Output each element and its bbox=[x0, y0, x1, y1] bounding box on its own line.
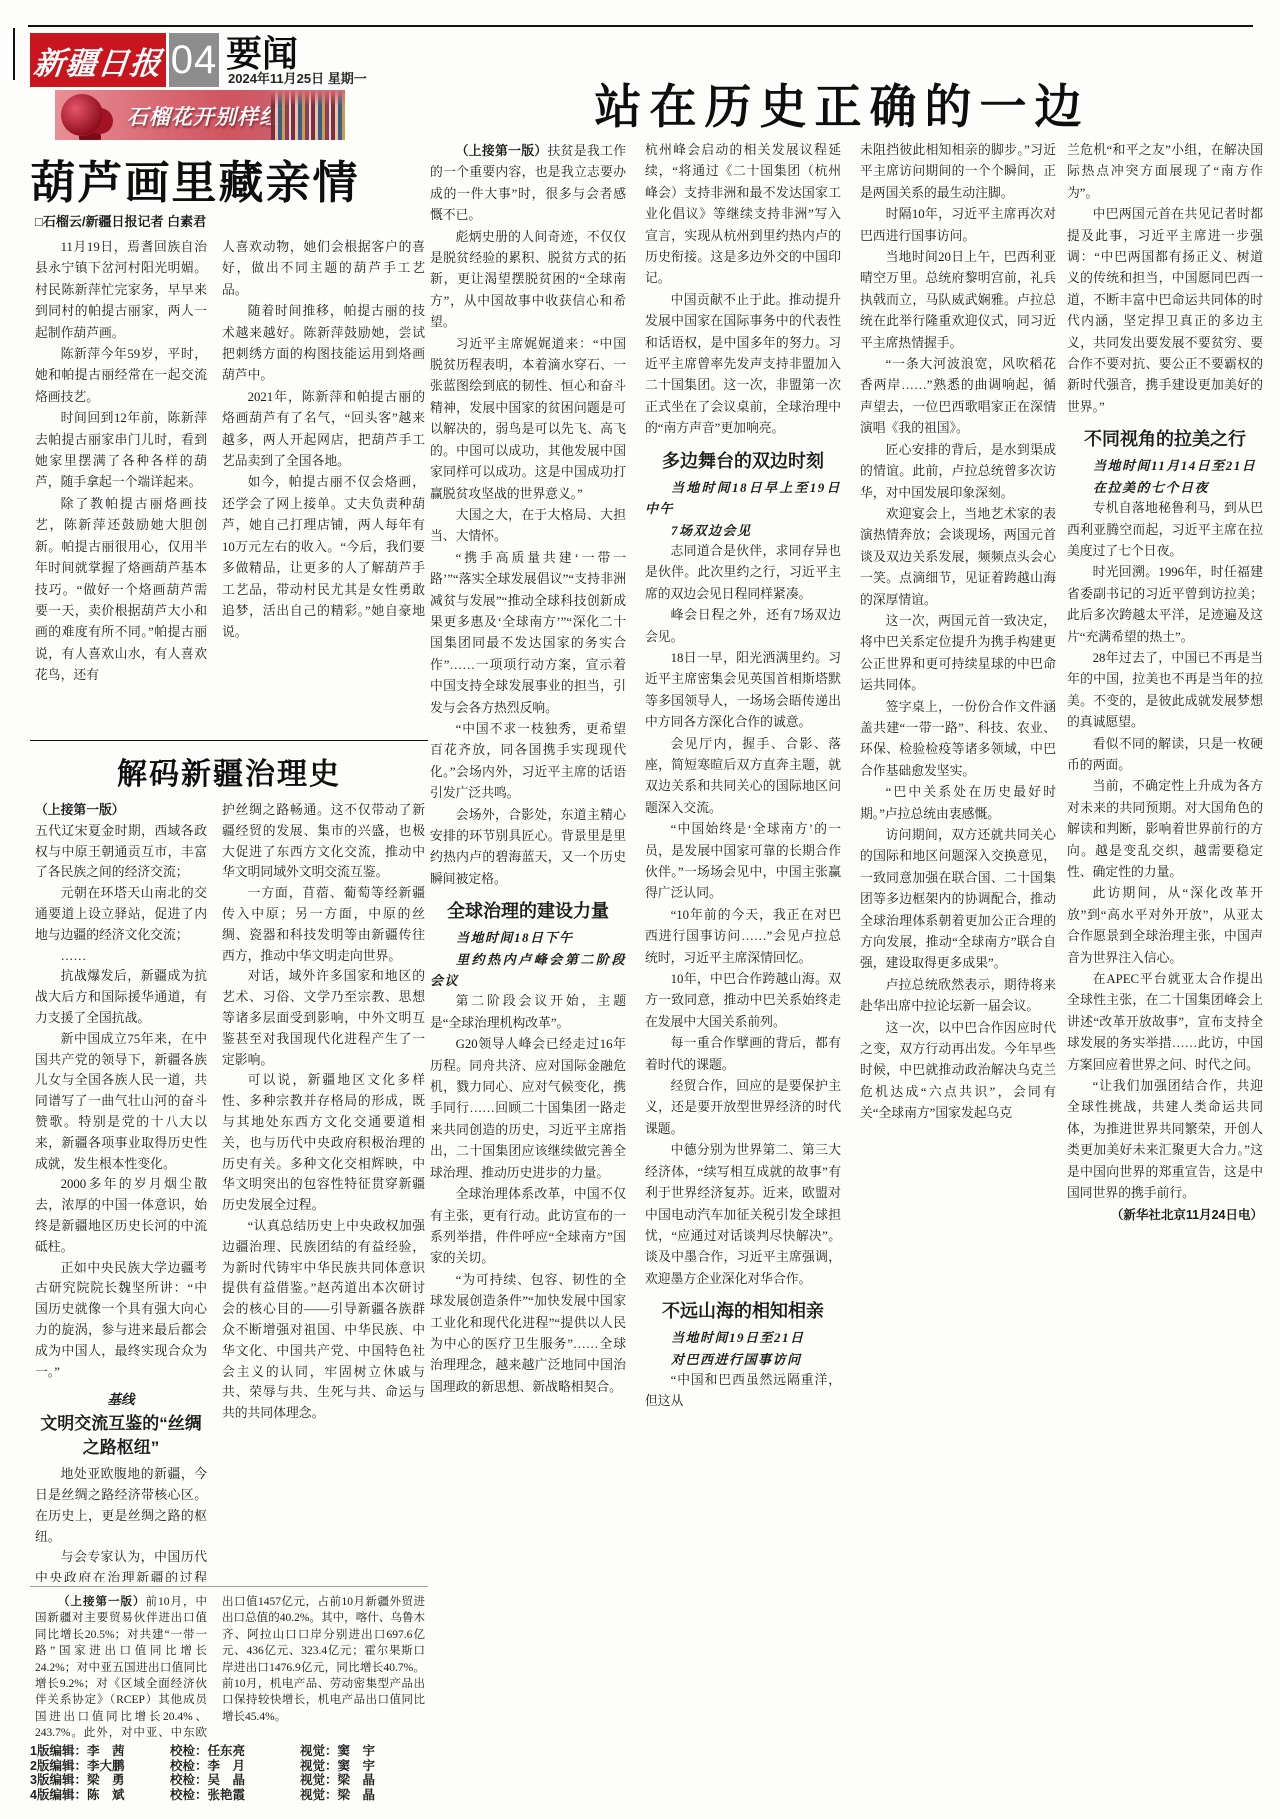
paragraph: 卢拉总统欣然表示，期待将来赴华出席中拉论坛新一届会议。 bbox=[860, 975, 1056, 1018]
paragraph: 中国贡献不止于此。推动提升发展中国家在国际事务中的代表性和话语权，是中国多年的努… bbox=[645, 290, 841, 440]
paragraph: 峰会日程之外，还有7场双边会见。 bbox=[645, 605, 841, 648]
paragraph: 11月19日，焉耆回族自治县永宁镇下岔河村阳光明媚。村民陈新萍忙完家务，早早来到… bbox=[35, 237, 207, 344]
paragraph: 陈新萍今年59岁，平时，她和帕提古丽经常在一起交流烙画技艺。 bbox=[35, 344, 207, 408]
article-column: （上接第一版）前10月，中国新疆对主要贸易伙伴进出口值同比增长20.5%；对共建… bbox=[35, 1594, 207, 1740]
paragraph: 一方面，苜蓿、葡萄等经新疆传入中原；另一方面，中原的丝绸、瓷器和科技发明等由新疆… bbox=[222, 883, 425, 966]
editor-credit: 2版编辑：李大鹏 bbox=[30, 1759, 170, 1774]
paragraph: 时间回到12年前，陈新萍去帕提古丽家串门儿时，看到她家里摆满了各种各样的葫芦，随… bbox=[35, 408, 207, 494]
visual-credit: 视觉：窦 宇 bbox=[300, 1744, 375, 1759]
column-subhead: 文明交流互鉴的“丝绸之路枢纽” bbox=[35, 1411, 207, 1464]
proofreader-credit: 校检：任东亮 bbox=[170, 1744, 300, 1759]
visual-credit: 视觉：窦 宇 bbox=[300, 1759, 375, 1774]
newspaper-logo: 新疆日报 bbox=[30, 33, 166, 87]
page-number: 04 bbox=[171, 38, 218, 83]
paragraph: 欢迎宴会上，当地艺术家的表演热情奔放；会谈现场，两国元首谈及双边关系发展，频频点… bbox=[860, 504, 1056, 611]
paragraph: 抗战爆发后，新疆成为抗战大后方和国际援华通道，有力支援了全国抗战。 bbox=[35, 966, 207, 1028]
dateline: 7场双边会见 bbox=[645, 520, 841, 541]
paragraph: 每一重合作擘画的背后，都有着时代的课题。 bbox=[645, 1033, 841, 1076]
column-subhead: 不同视角的拉美之行 bbox=[1067, 418, 1263, 455]
paragraph: 这一次，两国元首一致决定，将中巴关系定位提升为携手构建更公正世界和更可持续星球的… bbox=[860, 611, 1056, 697]
newspaper-page: 新疆日报 04 要闻 2024年11月25日 星期一 石榴花开别样红 葫芦画里藏… bbox=[0, 0, 1280, 1819]
paragraph: 除了教帕提古丽烙画技艺，陈新萍还鼓励她大胆创新。帕提古丽很用心，仅用半年时间就掌… bbox=[35, 494, 207, 687]
paragraph: （上接第一版）前10月，中国新疆对主要贸易伙伴进出口值同比增长20.5%；对共建… bbox=[35, 1594, 207, 1740]
paragraph: 经贸合作，回应的是要保护主义，还是要开放型世界经济的时代课题。 bbox=[645, 1076, 841, 1140]
dateline: 当地时间18日早上至19日中午 bbox=[645, 477, 841, 520]
dateline: 当地时间18日下午 bbox=[430, 927, 626, 948]
paragraph: “认真总结历史上中央政权加强边疆治理、民族团结的有益经验，为新时代铸牢中华民族共… bbox=[222, 1216, 425, 1424]
paragraph: …… bbox=[35, 946, 207, 967]
article-column: （上接第一版）五代辽宋夏金时期，西域各政权与中原王朝通贡互市，丰富了各民族之间的… bbox=[35, 800, 207, 1582]
paragraph: 如今，帕提古丽不仅会烙画，还学会了网上接单。丈夫负责种葫芦，她自己打理店铺，两人… bbox=[222, 472, 425, 643]
paragraph: 正如中央民族大学边疆考古研究院院长魏坚所讲：“中国历史就像一个具有强大向心力的旋… bbox=[35, 1258, 207, 1383]
visual-credit: 视觉：梁 晶 bbox=[300, 1788, 375, 1803]
continued-from-page-one-lead: （上接第一版） bbox=[456, 143, 548, 158]
column-subhead: 多边舞台的双边时刻 bbox=[645, 440, 841, 477]
paragraph: 签字桌上，一份份合作文件涵盖共建“一带一路”、科技、农业、环保、检验检疫等诸多领… bbox=[860, 697, 1056, 783]
paragraph: 元朝在环塔天山南北的交通要道上设立驿站，促进了内地与边疆的经济文化交流； bbox=[35, 883, 207, 945]
editor-credit: 1版编辑：李 茜 bbox=[30, 1744, 170, 1759]
column-subhead: 全球治理的建设力量 bbox=[430, 890, 626, 927]
margin-tick bbox=[13, 28, 15, 80]
paragraph: 中巴两国元首在共见记者时都提及此事，习近平主席进一步强调：“中巴两国都有扬正义、… bbox=[1067, 204, 1263, 418]
paragraph: 会场外，合影处，东道主精心安排的环节别具匠心。背景里是里约热内卢的碧海蓝天，又一… bbox=[430, 805, 626, 891]
paragraph: 彪炳史册的人间奇迹，不仅仅是脱贫经验的累积、脱贫方式的拓新，更让渴望摆脱贫困的“… bbox=[430, 227, 626, 334]
staff-credits: 1版编辑：李 茜校检：任东亮视觉：窦 宇2版编辑：李大鹏校检：李 月视觉：窦 宇… bbox=[30, 1744, 410, 1802]
paragraph: 当地时间20日上午，巴西利亚晴空万里。总统府黎明宫前，礼兵执戟而立，马队威武娴雅… bbox=[860, 247, 1056, 354]
paragraph: “为可持续、包容、韧性的全球发展创造条件”“加快发展中国家工业化和现代化进程”“… bbox=[430, 1270, 626, 1398]
article-column: 兰危机“和平之友”小组，在解决国际热点冲突方面展现了“南方作为”。中巴两国元首在… bbox=[1067, 140, 1263, 1756]
pomegranate-banner: 石榴花开别样红 bbox=[55, 90, 345, 140]
article-column: 11月19日，焉耆回族自治县永宁镇下岔河村阳光明媚。村民陈新萍忙完家务，早早来到… bbox=[35, 237, 207, 734]
editor-credit: 4版编辑：陈 斌 bbox=[30, 1788, 170, 1803]
paragraph: 对话，域外许多国家和地区的艺术、习俗、文学乃至宗教、思想等诸多层面受到影响，中外… bbox=[222, 966, 425, 1070]
credit-row: 2版编辑：李大鹏校检：李 月视觉：窦 宇 bbox=[30, 1759, 410, 1774]
paragraph: 匠心安排的背后，是水到渠成的情谊。此前，卢拉总统曾多次访华，对中国发展印象深刻。 bbox=[860, 440, 1056, 504]
column-subhead: 不远山海的相知相亲 bbox=[645, 1290, 841, 1327]
paragraph: 兰危机“和平之友”小组，在解决国际热点冲突方面展现了“南方作为”。 bbox=[1067, 140, 1263, 204]
continued-from-page-one-lead: （上接第一版） bbox=[58, 1596, 146, 1608]
dateline: 当地时间11月14日至21日 bbox=[1067, 455, 1263, 476]
main-headline: 站在历史正确的一边 bbox=[428, 70, 1256, 137]
edition-date: 2024年11月25日 星期一 bbox=[228, 68, 367, 87]
newspaper-logo-text: 新疆日报 bbox=[32, 38, 165, 83]
paragraph: 访问期间，双方还就共同关心的国际和地区问题深入交换意见，一致同意加强在联合国、二… bbox=[860, 825, 1056, 975]
paragraph: “中国始终是‘全球南方’的一员，是发展中国家可靠的长期合作伙伴。”一场场会见中，… bbox=[645, 819, 841, 905]
dateline: 对巴西进行国事访问 bbox=[645, 1349, 841, 1370]
credit-row: 1版编辑：李 茜校检：任东亮视觉：窦 宇 bbox=[30, 1744, 410, 1759]
article-column: 人喜欢动物，她们会根据客户的喜好，做出不同主题的葫芦手工艺品。随着时间推移，帕提… bbox=[222, 237, 425, 734]
article-divider bbox=[30, 1586, 428, 1587]
byline: □石榴云/新疆日报记者 白素君 bbox=[35, 211, 425, 230]
paragraph: 28年过去了，中国已不再是当年的中国，拉美也不再是当年的拉美。不变的，是彼此成就… bbox=[1067, 648, 1263, 734]
paragraph: 此访期间，从“深化改革开放”到“高水平对外开放”，从亚太合作愿景到全球治理主张，… bbox=[1067, 883, 1263, 969]
visual-credit: 视觉：梁 晶 bbox=[300, 1773, 375, 1788]
dateline: 里约热内卢峰会第二阶段会议 bbox=[430, 949, 626, 992]
page-number-badge: 04 bbox=[169, 33, 219, 87]
paragraph: 可以说，新疆地区文化多样性、多种宗教并存格局的形成，既与其地处东西方文化交通要道… bbox=[222, 1070, 425, 1216]
paragraph: 志同道合是伙伴，求同存异也是伙伴。此次里约之行，习近平主席的双边会见日程同样紧凑… bbox=[645, 541, 841, 605]
paragraph: 这一次，以中巴合作因应时代之变，双方行动再出发。今年早些时候，中巴就推动政治解决… bbox=[860, 1018, 1056, 1125]
credit-row: 3版编辑：梁 勇校检：吴 晶视觉：梁 晶 bbox=[30, 1773, 410, 1788]
paragraph: 第二阶段会议开始，主题是“全球治理机构改革”。 bbox=[430, 991, 626, 1034]
paragraph: 时光回溯。1996年，时任福建省委副书记的习近平曾到访拉美；此后多次跨越太平洋，… bbox=[1067, 562, 1263, 648]
article-column: 杭州峰会启动的相关发展议程延续，“将通过《二十国集团（杭州峰会）支持非洲和最不发… bbox=[645, 140, 841, 1756]
paragraph: 五代辽宋夏金时期，西域各政权与中原王朝通贡互市，丰富了各民族之间的经济交流； bbox=[35, 821, 207, 883]
crowd-photo bbox=[271, 90, 345, 140]
article-column: 未阻挡彼此相知相亲的脚步。”习近平主席访问期间的一个个瞬间，正是两国关系的最生动… bbox=[860, 140, 1056, 1756]
editor-credit: 3版编辑：梁 勇 bbox=[30, 1773, 170, 1788]
paragraph: 杭州峰会启动的相关发展议程延续，“将通过《二十国集团（杭州峰会）支持非洲和最不发… bbox=[645, 140, 841, 290]
paragraph: 护丝绸之路畅通。这不仅带动了新疆经贸的发展、集市的兴盛，也极大促进了东西方文化交… bbox=[222, 800, 425, 883]
paragraph: 大国之大，在于大格局、大担当、大情怀。 bbox=[430, 505, 626, 548]
paragraph: 随着时间推移，帕提古丽的技术越来越好。陈新萍鼓励她，尝试把刺绣方面的构图技能运用… bbox=[222, 301, 425, 387]
paragraph: “中国不求一枝独秀，更希望百花齐放，同各国携手实现现代化。”会场内外，习近平主席… bbox=[430, 719, 626, 805]
dateline: 当地时间19日至21日 bbox=[645, 1327, 841, 1348]
proofreader-credit: 校检：李 月 bbox=[170, 1759, 300, 1774]
paragraph: （上接第一版）扶贫是我工作的一个重要内容，也是我立志要办成的一件大事”时，很多与… bbox=[430, 140, 626, 227]
wire-credit: （新华社北京11月24日电） bbox=[1067, 1205, 1263, 1226]
paragraph: G20领导人峰会已经走过16年历程。同舟共济、应对国际金融危机，戮力同心、应对气… bbox=[430, 1034, 626, 1184]
paragraph: 看似不同的解读，只是一枚硬币的两面。 bbox=[1067, 734, 1263, 777]
paragraph: 新中国成立75年来，在中国共产党的领导下，新疆各族儿女与全国各族人民一道，共同谱… bbox=[35, 1029, 207, 1175]
paragraph: 专机自落地秘鲁利马，到从巴西利亚腾空而起，习近平主席在拉美度过了七个日夜。 bbox=[1067, 498, 1263, 562]
article-headline-decode: 解码新疆治理史 bbox=[30, 749, 428, 793]
paragraph: 地处亚欧腹地的新疆，今日是丝绸之路经济带核心区。在历史上，更是丝绸之路的枢纽。 bbox=[35, 1464, 207, 1547]
paragraph: 10年，中巴合作跨越山海。双方一致同意，推动中巴关系始终走在发展中大国关系前列。 bbox=[645, 969, 841, 1033]
paragraph: 习近平主席娓娓道来：“中国脱贫历程表明，本着滴水穿石、一张蓝图绘到底的韧性、恒心… bbox=[430, 334, 626, 505]
paragraph: “一条大河波浪宽，风吹稻花香两岸……”熟悉的曲调响起，循声望去，一位巴西歌唱家正… bbox=[860, 354, 1056, 440]
article-divider bbox=[30, 740, 428, 741]
paragraph: 全球治理体系改革，中国不仅有主张，更有行动。此访宣布的一系列举措，件件呼应“全球… bbox=[430, 1184, 626, 1270]
paragraph: “巴中关系处在历史最好时期。”卢拉总统由衷感慨。 bbox=[860, 782, 1056, 825]
paragraph: 时隔10年，习近平主席再次对巴西进行国事访问。 bbox=[860, 204, 1056, 247]
paragraph: 2000多年的岁月烟尘散去，浓厚的中国一体意识，始终是新疆地区历史长河的中流砥柱… bbox=[35, 1174, 207, 1257]
dateline: 在拉美的七个日夜 bbox=[1067, 477, 1263, 498]
paragraph: “10年前的今天，我正在对巴西进行国事访问……”会见卢拉总统时，习近平主席深情回… bbox=[645, 905, 841, 969]
pomegranate-icon bbox=[61, 94, 103, 136]
kicker: 基线 bbox=[35, 1382, 207, 1411]
proofreader-credit: 校检：吴 晶 bbox=[170, 1773, 300, 1788]
paragraph: 在APEC平台就亚太合作提出全球性主张，在二十国集团峰会上讲述“改革开放故事”，… bbox=[1067, 969, 1263, 1076]
paragraph: 会见厅内，握手、合影、落座，简短寒暄后双方直奔主题，就双边关系和共同关心的国际地… bbox=[645, 734, 841, 820]
masthead-rule bbox=[28, 25, 1253, 27]
credit-row: 4版编辑：陈 斌校检：张艳霞视觉：梁 晶 bbox=[30, 1788, 410, 1803]
article-column: 护丝绸之路畅通。这不仅带动了新疆经贸的发展、集市的兴盛，也极大促进了东西方文化交… bbox=[222, 800, 425, 1582]
paragraph: 中德分别为世界第二、第三大经济体，“续写相互成就的故事”有利于世界经济复苏。近来… bbox=[645, 1140, 841, 1290]
paragraph: （上接第一版） bbox=[35, 800, 207, 821]
paragraph: 2021年，陈新萍和帕提古丽的烙画葫芦有了名气，“回头客”越来越多，两人开起网店… bbox=[222, 387, 425, 473]
banner-title: 石榴花开别样红 bbox=[127, 101, 281, 131]
article-headline-gourd: 葫芦画里藏亲情 bbox=[22, 146, 368, 211]
paragraph: 未阻挡彼此相知相亲的脚步。”习近平主席访问期间的一个个瞬间，正是两国关系的最生动… bbox=[860, 140, 1056, 204]
article-column: 出口值1457亿元，占前10月新疆外贸进出口总值的40.2%。其中，喀什、乌鲁木… bbox=[222, 1594, 425, 1740]
paragraph: “中国和巴西虽然远隔重洋，但这从 bbox=[645, 1370, 841, 1413]
paragraph: “携手高质量共建‘一带一路’”“落实全球发展倡议”“支持非洲减贫与发展”“推动全… bbox=[430, 548, 626, 719]
paragraph: 人喜欢动物，她们会根据客户的喜好，做出不同主题的葫芦手工艺品。 bbox=[222, 237, 425, 301]
paragraph: “让我们加强团结合作，共迎全球性挑战，共建人类命运共同体，为推进世界共同繁荣，开… bbox=[1067, 1076, 1263, 1204]
paragraph: 18日一早，阳光洒满里约。习近平主席密集会见英国首相斯塔默等多国领导人，一场场会… bbox=[645, 648, 841, 734]
paragraph: 与会专家认为，中国历代中央政府在治理新疆的过程中，始终保 bbox=[35, 1547, 207, 1582]
article-column: （上接第一版）扶贫是我工作的一个重要内容，也是我立志要办成的一件大事”时，很多与… bbox=[430, 140, 626, 1756]
paragraph: 出口值1457亿元，占前10月新疆外贸进出口总值的40.2%。其中，喀什、乌鲁木… bbox=[222, 1594, 425, 1725]
proofreader-credit: 校检：张艳霞 bbox=[170, 1788, 300, 1803]
paragraph: 当前，不确定性上升成为各方对未来的共同预期。对大国角色的解读和判断，影响着世界前… bbox=[1067, 776, 1263, 883]
